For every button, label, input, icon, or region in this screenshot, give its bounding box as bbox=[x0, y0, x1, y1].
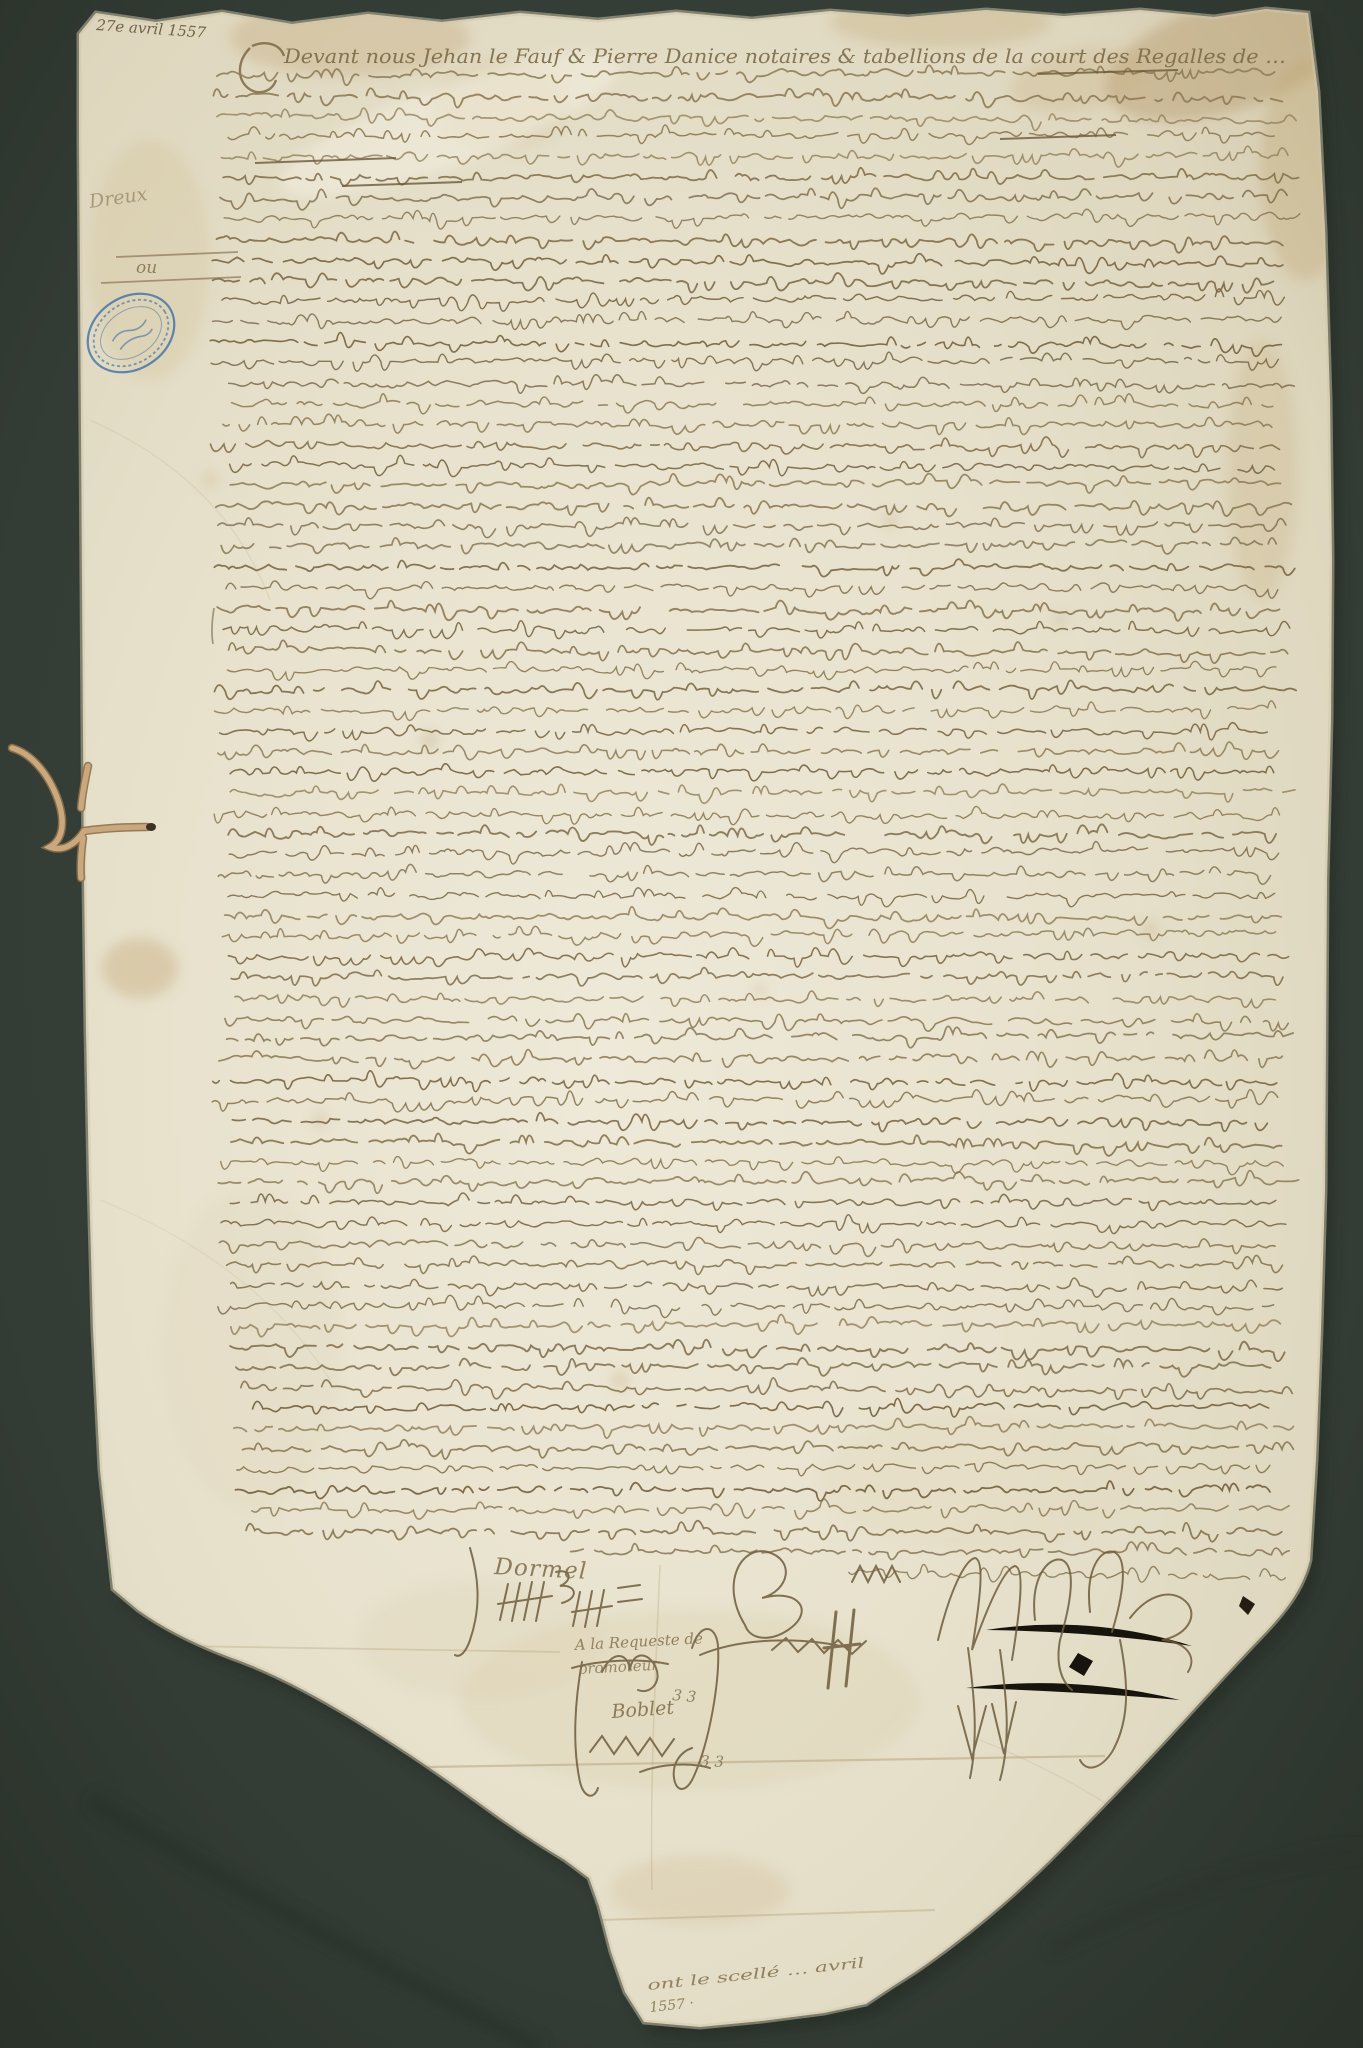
register-digits-a: 3 3 bbox=[672, 1686, 697, 1706]
photo-backdrop: Devant nous Jehan le Fauf & Pierre Danic… bbox=[0, 0, 1363, 2048]
cord-hole bbox=[146, 823, 156, 831]
parchment-document: Devant nous Jehan le Fauf & Pierre Danic… bbox=[0, 0, 1363, 2048]
signature-boblet: Boblet bbox=[610, 1697, 675, 1723]
signature-dormel: Dormel bbox=[493, 1554, 587, 1585]
register-digits-b: 3 3 bbox=[700, 1752, 724, 1771]
margin-ou-note: ou bbox=[136, 258, 157, 278]
incipit-line: Devant nous Jehan le Fauf & Pierre Danic… bbox=[283, 44, 1286, 68]
